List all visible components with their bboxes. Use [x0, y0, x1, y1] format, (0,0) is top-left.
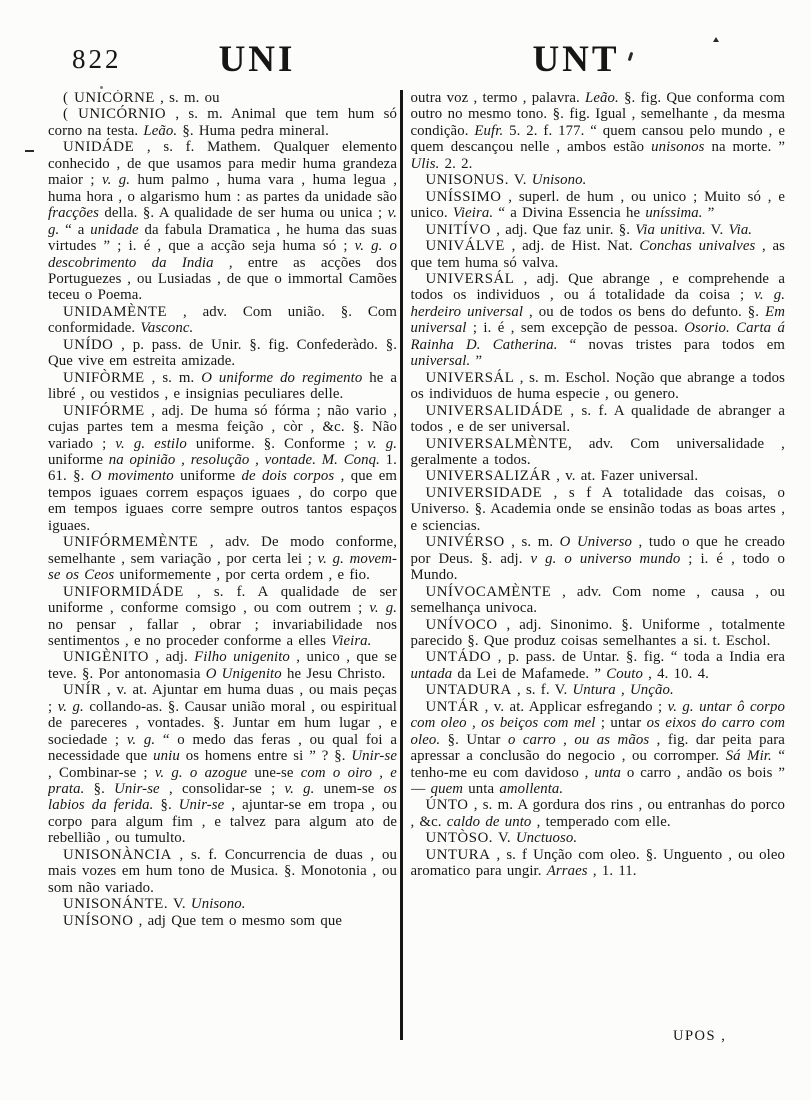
- entry-headword: UNITÍVO: [426, 222, 492, 238]
- page-number: 822: [72, 44, 122, 75]
- entry-text-segment: v. g. estilo: [115, 436, 186, 452]
- dictionary-entry: UNISONÁNTE. V. Unisono.: [48, 896, 397, 912]
- entry-text-segment: na morte. ”: [705, 139, 786, 155]
- dictionary-entry: UNIVÁLVE , adj. de Hist. Nat. Conchas un…: [411, 238, 786, 271]
- entry-text-segment: Vieira.: [453, 205, 493, 221]
- entry-text-segment: , s. f. V.: [512, 682, 573, 698]
- entry-text-segment: na opinião , resolução , vontade. M. Con…: [109, 452, 380, 468]
- entry-headword: UNIFÓRME: [63, 403, 145, 419]
- entry-text-segment: v. g.: [127, 732, 155, 748]
- entry-headword: UNIVERSALIDÁDE: [426, 403, 564, 419]
- entry-text-segment: Via unitiva.: [635, 222, 706, 238]
- dictionary-entry: UNÍSONO , adj Que tem o mesmo som que: [48, 913, 397, 929]
- entry-text-segment: uniforme. §. Conforme ;: [187, 436, 367, 452]
- entry-headword: UNIVERSIDADE: [426, 485, 543, 501]
- entry-text-segment: Unctuoso.: [516, 830, 577, 846]
- dictionary-entry: UNÍR , v. at. Ajuntar em huma duas , ou …: [48, 682, 397, 847]
- entry-headword: UNTÁDO: [426, 649, 492, 665]
- dictionary-entry: UNÍDO , p. pass. de Unir. §. fig. Confed…: [48, 337, 397, 370]
- entry-text-segment: v. g. o azogue: [155, 765, 247, 781]
- entry-text-segment: O movimento: [91, 468, 174, 484]
- entry-text-segment: Unir-se: [114, 781, 160, 797]
- entry-text-segment: O Universo: [560, 534, 632, 550]
- entry-text-segment: amollenta.: [499, 781, 563, 797]
- entry-text-segment: caldo de unto: [447, 814, 532, 830]
- entry-text-segment: untada: [411, 666, 453, 682]
- entry-headword: UNÍVOCO: [426, 617, 498, 633]
- entry-text-segment: Ulis.: [411, 156, 440, 172]
- entry-text-segment: V.: [706, 222, 729, 238]
- entry-text-segment: Arraes: [547, 863, 588, 879]
- entry-text-segment: “ a: [59, 222, 90, 238]
- dictionary-entry: ( UNICÓRNIO , s. m. Animal que tem hum s…: [48, 106, 397, 139]
- entry-headword: UNIVERSÁL: [426, 271, 515, 287]
- entry-text-segment: “ novas tristes para todos em: [558, 337, 786, 353]
- entry-text-segment: uniforme: [48, 452, 109, 468]
- entry-text-segment: de dois corpos: [241, 468, 334, 484]
- left-column: ( UNICÓRNE , s. m. ou( UNICÓRNIO , s. m.…: [48, 90, 397, 1050]
- catchword: UPOS ,: [673, 1028, 726, 1045]
- dictionary-entry: UNIVÉRSO , s. m. O Universo , tudo o que…: [411, 534, 786, 583]
- scan-artifact: [25, 150, 34, 152]
- dictionary-entry: UNIFORMIDÁDE , s. f. A qualidade de ser …: [48, 584, 397, 650]
- entry-headword: UNIDAMÈNTE: [63, 304, 167, 320]
- entry-text-segment: v g. o universo mundo: [530, 551, 680, 567]
- entry-headword: UNIVÉRSO: [426, 534, 505, 550]
- entry-text-segment: V.: [493, 830, 516, 846]
- entry-text-segment: Couto: [606, 666, 643, 682]
- entry-text-segment: §. Huma pedra mineral.: [177, 123, 329, 139]
- entry-text-segment: fracções: [48, 205, 99, 221]
- entry-text-segment: Unisono.: [532, 172, 587, 188]
- dictionary-entry: UNÍSSIMO , superl. de hum , ou unico ; M…: [411, 189, 786, 222]
- entry-headword: UNÍR: [63, 682, 101, 698]
- entry-headword: UNIVERSALMÈNTE: [426, 436, 569, 452]
- entry-text-segment: §.: [153, 797, 178, 813]
- entry-text-segment: “ a Divina Essencia he: [493, 205, 645, 221]
- dictionary-entry: outra voz , termo , palavra. Leão. §. fi…: [411, 90, 786, 172]
- entry-text-segment: della. §. A qualidade de ser huma ou uni…: [99, 205, 388, 221]
- entry-text-segment: , ou de todos os bens do defunto. §.: [523, 304, 765, 320]
- entry-text-segment: , adj Que tem o mesmo som que: [133, 913, 342, 929]
- entry-headword: UNTURA: [426, 847, 491, 863]
- entry-text-segment: quem: [431, 781, 463, 797]
- entry-text-segment: ; i. é , sem excepção de pessoa.: [466, 320, 684, 336]
- entry-headword: ( UNICÓRNIO: [63, 106, 166, 122]
- entry-text-segment: V.: [509, 172, 532, 188]
- entry-text-segment: v. g.: [58, 699, 84, 715]
- column-divider-rule: [400, 90, 403, 1040]
- entry-headword: UNISONÀNCIA: [63, 847, 172, 863]
- entry-text-segment: v. g.: [369, 600, 397, 616]
- entry-headword: UNIDÁDE: [63, 139, 134, 155]
- entry-text-segment: o carro , ou as mãos: [508, 732, 649, 748]
- dictionary-entry: UNIFÓRME , adj. De huma só fórma ; não v…: [48, 403, 397, 535]
- entry-text-segment: uníssima.: [645, 205, 702, 221]
- entry-headword: UNIFÒRME: [63, 370, 145, 386]
- dictionary-entry: UNIVERSALMÈNTE, adv. Com universalidade …: [411, 436, 786, 469]
- entry-text-segment: os homens entre si ” ? §.: [180, 748, 352, 764]
- dictionary-entry: UNTÒSO. V. Unctuoso.: [411, 830, 786, 846]
- entry-text-segment: , p. pass. de Untar. §. fig. “ toda a In…: [491, 649, 785, 665]
- entry-headword: UNIFÓRMEMÈNTE: [63, 534, 198, 550]
- entry-text-segment: , s. m. ou: [155, 90, 220, 106]
- entry-text-segment: he Jesu Christo.: [282, 666, 386, 682]
- entry-text-segment: Conchas univalves: [639, 238, 755, 254]
- entry-text-segment: v. g.: [367, 436, 397, 452]
- entry-text-segment: unem-se: [314, 781, 383, 797]
- entry-headword: UNIFORMIDÁDE: [63, 584, 184, 600]
- entry-text-segment: unta: [594, 765, 621, 781]
- right-column: outra voz , termo , palavra. Leão. §. fi…: [411, 90, 786, 1050]
- entry-text-segment: ”: [470, 353, 482, 369]
- entry-text-segment: Vieira.: [331, 633, 371, 649]
- entry-text-segment: , adj. Que faz unir. §.: [491, 222, 635, 238]
- entry-text-segment: da Lei de Mafamede. ”: [452, 666, 606, 682]
- entry-headword: ( UNICÓRNE: [63, 90, 155, 106]
- dictionary-entry: UNIFÓRMEMÈNTE , adv. De modo conforme, s…: [48, 534, 397, 583]
- running-head-unt: UNT: [532, 38, 619, 81]
- dictionary-entry: UNIDAMÈNTE , adv. Com união. §. Com conf…: [48, 304, 397, 337]
- entry-text-segment: , v. at. Applicar esfregando ;: [479, 699, 667, 715]
- entry-headword: UNIVERSÁL: [426, 370, 515, 386]
- entry-text-segment: ; untar: [596, 715, 647, 731]
- entry-headword: UNÍDO: [63, 337, 113, 353]
- dictionary-entry: ( UNICÓRNE , s. m. ou: [48, 90, 397, 106]
- entry-text-segment: Via.: [729, 222, 753, 238]
- dictionary-entry: UNIGÈNITO , adj. Filho unigenito , unico…: [48, 649, 397, 682]
- entry-text-segment: Untura , Unção.: [572, 682, 673, 698]
- entry-text-segment: Unir-se: [179, 797, 225, 813]
- scan-artifact: [628, 52, 634, 61]
- entry-text-segment: uniforme: [174, 468, 242, 484]
- entry-text-segment: unidade: [90, 222, 138, 238]
- entry-text-segment: , v. at. Fazer universal.: [551, 468, 698, 484]
- entry-text-segment: Leão.: [585, 90, 619, 106]
- entry-text-segment: v. g.: [102, 172, 130, 188]
- entry-text-segment: V.: [168, 896, 191, 912]
- entry-text-segment: O uniforme do regimento: [201, 370, 362, 386]
- entry-text-segment: ”: [703, 205, 715, 221]
- entry-text-segment: , 4. 10. 4.: [643, 666, 709, 682]
- entry-text-segment: , consolidar-se ;: [160, 781, 285, 797]
- entry-text-segment: , adj.: [149, 649, 194, 665]
- dictionary-entry: UNITÍVO , adj. Que faz unir. §. Via unit…: [411, 222, 786, 238]
- entry-text-segment: uniu: [153, 748, 180, 764]
- dictionary-entry: UNIVERSÁL , s. m. Eschol. Noção que abra…: [411, 370, 786, 403]
- entry-text-segment: uniformemente , por certa ordem , e fio.: [114, 567, 370, 583]
- dictionary-entry: UNIVERSALIZÁR , v. at. Fazer universal.: [411, 468, 786, 484]
- dictionary-entry: UNISONÀNCIA , s. f. Concurrencia de duas…: [48, 847, 397, 896]
- scan-artifact: [100, 86, 103, 89]
- dictionary-entry: UNTURA , s. f Unção com oleo. §. Unguent…: [411, 847, 786, 880]
- entry-headword: UNTÁR: [426, 699, 480, 715]
- entry-text-segment: §. Untar: [440, 732, 508, 748]
- entry-headword: ÚNTO: [426, 797, 469, 813]
- dictionary-entry: UNIVERSÁL , adj. Que abrange , e compreh…: [411, 271, 786, 370]
- dictionary-entry: UNTADURA , s. f. V. Untura , Unção.: [411, 682, 786, 698]
- entry-text-segment: Filho unigenito: [194, 649, 290, 665]
- entry-headword: UNISONÁNTE.: [63, 896, 168, 912]
- entry-text-segment: Leão.: [143, 123, 177, 139]
- dictionary-page: 822 UNI UNT ( UNICÓRNE , s. m. ou( UNICÓ…: [0, 0, 811, 1100]
- dictionary-entry: UNTÁR , v. at. Applicar esfregando ; v. …: [411, 699, 786, 798]
- entry-text-segment: Eufr.: [474, 123, 503, 139]
- entry-text-segment: v. g.: [285, 781, 315, 797]
- entry-headword: UNISONUS.: [426, 172, 509, 188]
- entry-headword: UNIVERSALIZÁR: [426, 468, 552, 484]
- entry-text-segment: , Combinar-se ;: [48, 765, 155, 781]
- entry-text-segment: , adj. de Hist. Nat.: [505, 238, 639, 254]
- dictionary-entry: UNÍVOCO , adj. Sinonimo. §. Uniforme , t…: [411, 617, 786, 650]
- scan-artifact: [713, 37, 719, 42]
- dictionary-entry: UNISONUS. V. Unisono.: [411, 172, 786, 188]
- entry-text-segment: , 1. 11.: [588, 863, 637, 879]
- entry-text-segment: , s. m.: [145, 370, 202, 386]
- entry-text-segment: , temperado com elle.: [531, 814, 670, 830]
- entry-text-segment: Unir-se: [351, 748, 397, 764]
- entry-text-segment: unta: [463, 781, 499, 797]
- text-body: ( UNICÓRNE , s. m. ou( UNICÓRNIO , s. m.…: [48, 90, 785, 1050]
- entry-headword: UNTADURA: [426, 682, 512, 698]
- running-head-uni: UNI: [219, 38, 296, 81]
- dictionary-entry: UNTÁDO , p. pass. de Untar. §. fig. “ to…: [411, 649, 786, 682]
- entry-text-segment: §.: [84, 781, 114, 797]
- entry-headword: UNÍVOCAMÈNTE: [426, 584, 552, 600]
- dictionary-entry: UNIFÒRME , s. m. O uniforme do regimento…: [48, 370, 397, 403]
- entry-headword: UNÍSSIMO: [426, 189, 502, 205]
- entry-text-segment: unisonos: [651, 139, 704, 155]
- dictionary-entry: UNÍVOCAMÈNTE , adv. Com nome , causa , o…: [411, 584, 786, 617]
- entry-text-segment: 2. 2.: [439, 156, 472, 172]
- entry-text-segment: universal.: [411, 353, 471, 369]
- dictionary-entry: UNIVERSIDADE , s f A totalidade das cois…: [411, 485, 786, 534]
- entry-text-segment: Unisono.: [191, 896, 246, 912]
- entry-text-segment: , s. m.: [505, 534, 560, 550]
- dictionary-entry: ÚNTO , s. m. A gordura dos rins , ou ent…: [411, 797, 786, 830]
- entry-headword: UNIGÈNITO: [63, 649, 149, 665]
- entry-headword: UNTÒSO.: [426, 830, 494, 846]
- entry-text-segment: une-se: [247, 765, 301, 781]
- entry-text-segment: outra voz , termo , palavra.: [411, 90, 586, 106]
- entry-headword: UNIVÁLVE: [426, 238, 505, 254]
- dictionary-entry: UNIDÁDE , s. f. Mathem. Qualquer element…: [48, 139, 397, 304]
- entry-headword: UNÍSONO: [63, 913, 133, 929]
- entry-text-segment: Sá Mir.: [726, 748, 772, 764]
- entry-text-segment: Vasconc.: [140, 320, 193, 336]
- dictionary-entry: UNIVERSALIDÁDE , s. f. A qualidade de ab…: [411, 403, 786, 436]
- entry-text-segment: O Unigenito: [206, 666, 282, 682]
